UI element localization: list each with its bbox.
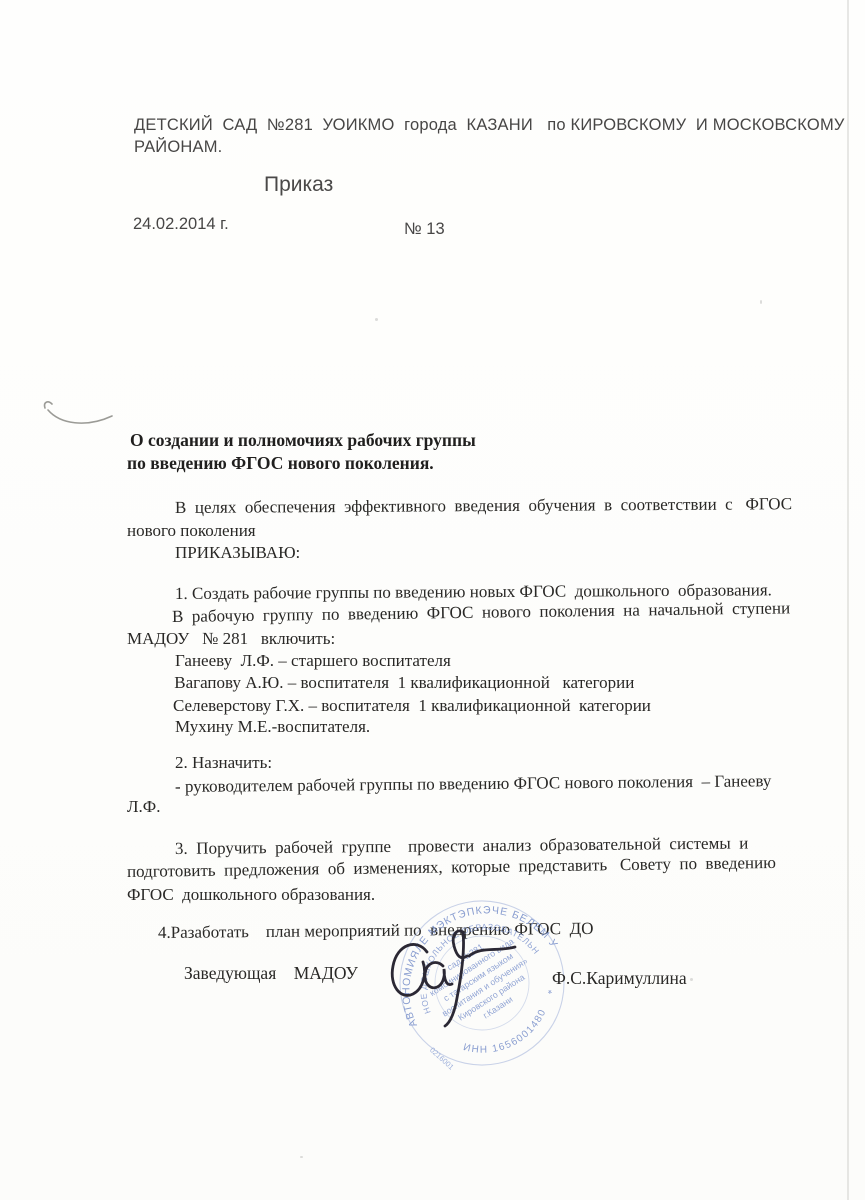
order-item-line: МАДОУ № 281 включить:	[127, 628, 335, 650]
stamp-star: *	[546, 987, 557, 1000]
stamp-number-fragment: 0216001	[428, 1045, 456, 1071]
scan-speck	[690, 978, 693, 981]
doc-date: 24.02.2014 г.	[133, 213, 229, 235]
handwritten-signature	[381, 922, 541, 1040]
scan-speck	[760, 300, 762, 304]
scanned-order-page: ДЕТСКИЙ САД №281 УОИКМО города КАЗАНИ по…	[0, 0, 865, 1200]
preamble-line: нового поколения	[127, 520, 256, 542]
workgroup-member-line: Вагапову А.Ю. – воспитателя 1 квалификац…	[170, 672, 634, 694]
order-item-line: Л.Ф.	[127, 796, 160, 818]
signer-position: Заведующая МАДОУ	[184, 962, 358, 984]
org-header-line: ДЕТСКИЙ САД №281 УОИКМО города КАЗАНИ по…	[134, 114, 845, 136]
order-item-line: ФГОС дошкольного образования.	[127, 884, 375, 906]
preamble-line: В целях обеспечения эффективного введени…	[175, 493, 792, 519]
subject-heading-line: О создании и полномочиях рабочих группы	[130, 429, 476, 452]
workgroup-member-line: Мухину М.Е.-воспитателя.	[175, 716, 370, 738]
scan-edge-line	[847, 0, 849, 1200]
workgroup-member-line: Селеверстову Г.Х. – воспитателя 1 квалиф…	[173, 695, 651, 717]
order-item-line: - руководителем рабочей группы по введен…	[175, 770, 772, 798]
workgroup-member-line: Ганееву Л.Ф. – старшего воспитателя	[175, 650, 451, 672]
pencil-mark	[38, 396, 130, 438]
order-word: ПРИКАЗЫВАЮ:	[175, 542, 300, 564]
scan-speck	[375, 318, 378, 321]
signer-name: Ф.С.Каримуллина	[552, 967, 687, 989]
doc-title: Приказ	[264, 174, 333, 196]
subject-heading-line: по введению ФГОС нового поколения.	[127, 452, 434, 475]
org-header-line: РАЙОНАМ.	[134, 136, 222, 158]
scan-speck	[300, 1156, 303, 1158]
doc-number: № 13	[404, 218, 445, 240]
order-item-line: 2. Назначить:	[175, 752, 272, 774]
